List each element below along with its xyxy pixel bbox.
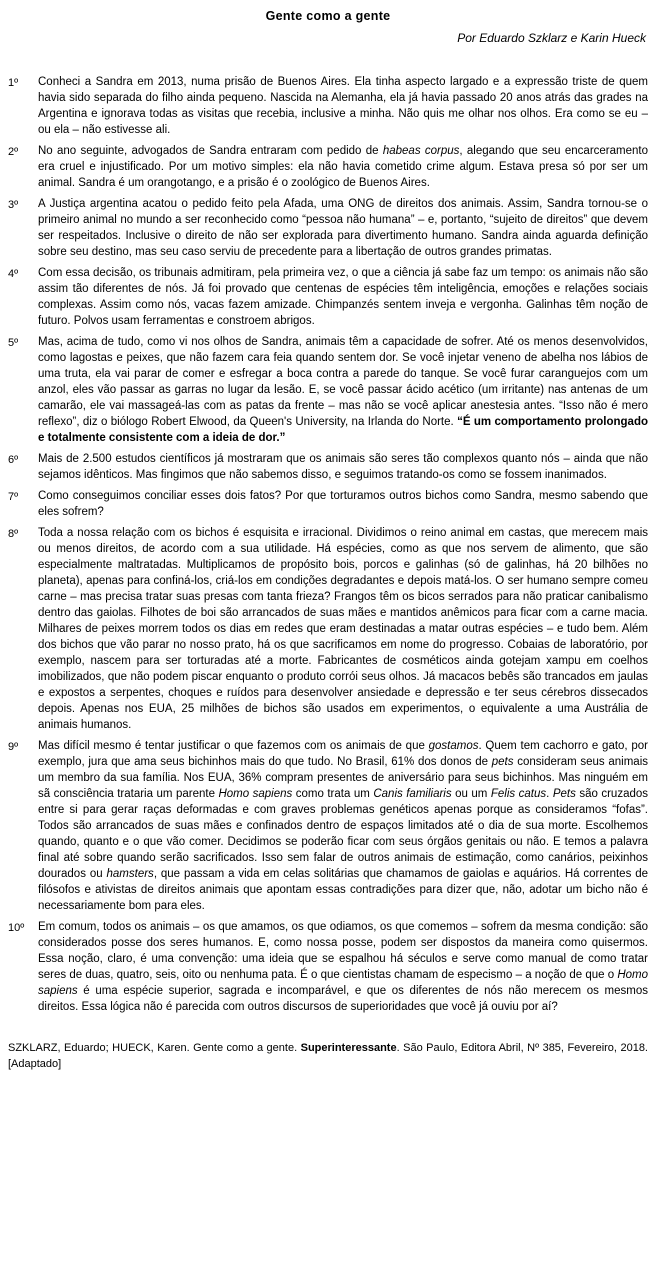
paragraph-text: No ano seguinte, advogados de Sandra ent… [38, 143, 648, 191]
text-run-normal: Em comum, todos os animais – os que amam… [38, 921, 648, 981]
text-run-normal: SZKLARZ, Eduardo; HUECK, Karen. Gente co… [8, 1042, 301, 1054]
text-run-italic: Felis catus [491, 788, 546, 800]
text-run-italic: Canis familiaris [373, 788, 451, 800]
paragraph-number: 5º [8, 334, 38, 446]
paragraph-text: Em comum, todos os animais – os que amam… [38, 919, 648, 1015]
text-run-normal: é uma espécie superior, sagrada e incomp… [38, 985, 648, 1013]
text-run-normal: . [546, 788, 553, 800]
text-run-normal: No ano seguinte, advogados de Sandra ent… [38, 145, 383, 157]
text-run-normal: Conheci a Sandra em 2013, numa prisão de… [38, 76, 648, 136]
paragraph-number: 9º [8, 738, 38, 914]
text-run-italic: habeas corpus [383, 145, 460, 157]
paragraph: 6º Mais de 2.500 estudos científicos já … [8, 451, 648, 483]
paragraph-number: 4º [8, 265, 38, 329]
text-run-italic: gostamos [429, 740, 479, 752]
article-byline: Por Eduardo Szklarz e Karin Hueck [8, 30, 648, 46]
paragraph: 10º Em comum, todos os animais – os que … [8, 919, 648, 1015]
citation-text: SZKLARZ, Eduardo; HUECK, Karen. Gente co… [8, 1042, 648, 1070]
paragraph-text: Mais de 2.500 estudos científicos já mos… [38, 451, 648, 483]
text-run-normal: Como conseguimos conciliar esses dois fa… [38, 490, 648, 518]
paragraph-number: 7º [8, 488, 38, 520]
paragraph-number: 10º [8, 919, 38, 1015]
paragraph: 1º Conheci a Sandra em 2013, numa prisão… [8, 74, 648, 138]
citation: SZKLARZ, Eduardo; HUECK, Karen. Gente co… [8, 1041, 648, 1072]
paragraph: 3º A Justiça argentina acatou o pedido f… [8, 196, 648, 260]
paragraph-number: 3º [8, 196, 38, 260]
text-run-italic: pets [492, 756, 514, 768]
paragraph: 5º Mas, acima de tudo, como vi nos olhos… [8, 334, 648, 446]
text-run-normal: ou um [452, 788, 491, 800]
paragraph-text: Como conseguimos conciliar esses dois fa… [38, 488, 648, 520]
text-run-normal: Mas, acima de tudo, como vi nos olhos de… [38, 336, 648, 428]
text-run-bold: Superinteressante [301, 1042, 397, 1054]
paragraph-number: 8º [8, 525, 38, 733]
text-run-italic: Homo sapiens [218, 788, 292, 800]
paragraph-number: 1º [8, 74, 38, 138]
text-run-normal: A Justiça argentina acatou o pedido feit… [38, 198, 648, 258]
paragraph-text: Mas, acima de tudo, como vi nos olhos de… [38, 334, 648, 446]
paragraph-text: Conheci a Sandra em 2013, numa prisão de… [38, 74, 648, 138]
document-page: Gente como a gente Por Eduardo Szklarz e… [0, 0, 655, 1270]
paragraph-text: A Justiça argentina acatou o pedido feit… [38, 196, 648, 260]
text-run-normal: Com essa decisão, os tribunais admitiram… [38, 267, 648, 327]
article-title: Gente como a gente [8, 8, 648, 24]
paragraph-number: 6º [8, 451, 38, 483]
text-run-normal: são cruzados entre si para gerar raças d… [38, 788, 648, 880]
paragraph: 8º Toda a nossa relação com os bichos é … [8, 525, 648, 733]
text-run-normal: como trata um [292, 788, 373, 800]
paragraph: 2º No ano seguinte, advogados de Sandra … [8, 143, 648, 191]
paragraph-number: 2º [8, 143, 38, 191]
paragraph-text: Com essa decisão, os tribunais admitiram… [38, 265, 648, 329]
paragraph-list: 1º Conheci a Sandra em 2013, numa prisão… [8, 74, 648, 1015]
paragraph-text: Mas difícil mesmo é tentar justificar o … [38, 738, 648, 914]
paragraph: 7º Como conseguimos conciliar esses dois… [8, 488, 648, 520]
paragraph: 4º Com essa decisão, os tribunais admiti… [8, 265, 648, 329]
text-run-normal: Mais de 2.500 estudos científicos já mos… [38, 453, 648, 481]
paragraph: 9º Mas difícil mesmo é tentar justificar… [8, 738, 648, 914]
text-run-italic: hamsters [107, 868, 154, 880]
text-run-italic: Pets [553, 788, 576, 800]
text-run-normal: Mas difícil mesmo é tentar justificar o … [38, 740, 429, 752]
text-run-normal: Toda a nossa relação com os bichos é esq… [38, 527, 648, 731]
paragraph-text: Toda a nossa relação com os bichos é esq… [38, 525, 648, 733]
